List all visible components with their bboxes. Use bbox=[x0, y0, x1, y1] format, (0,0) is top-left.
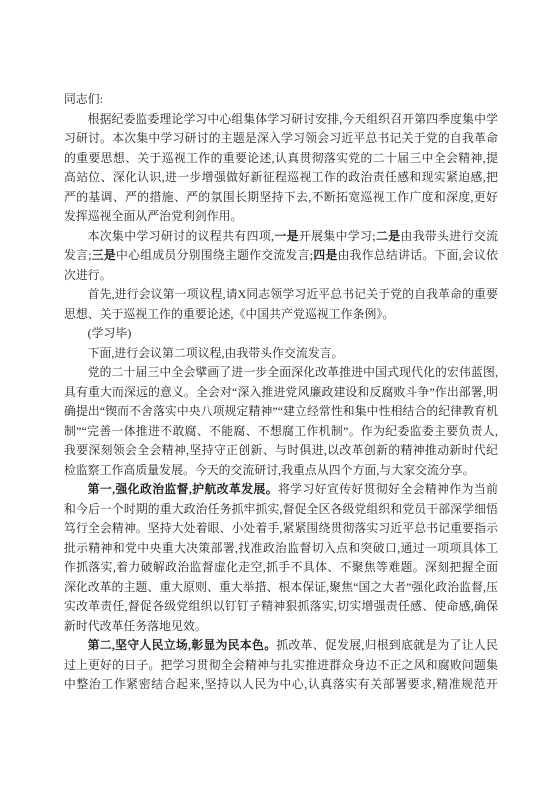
bold-text-run: 二是 bbox=[376, 229, 401, 243]
bold-text-run: 第一,强化政治监督,护航改革发展。 bbox=[88, 482, 278, 496]
bold-text-run: 四是 bbox=[313, 248, 337, 262]
text-run: 中心组成员分别围绕主题作交流发言; bbox=[116, 248, 313, 262]
bold-text-run: 一是 bbox=[274, 229, 299, 243]
document-body: 同志们:根据纪委监委理论学习中心组集体学习研讨安排,今天组织召开第四季度集中学习… bbox=[64, 90, 498, 695]
study-complete-note: (学习毕) bbox=[64, 324, 498, 344]
text-run: 开展集中学习; bbox=[299, 229, 376, 243]
point-one-paragraph: 第一,强化政治监督,护航改革发展。将学习好宣传好贯彻好全会精神作为当前和今后一个… bbox=[64, 480, 498, 636]
bold-text-run: 第二,坚守人民立场,彰显为民本色。 bbox=[88, 638, 277, 652]
text-run: 本次集中学习研讨的议程共有四项, bbox=[88, 229, 275, 243]
text-run: 党的二十届三中全会擘画了进一步全面深化改革推进中国式现代化的宏伟蓝图,具有重大而… bbox=[64, 365, 498, 477]
opening-paragraph: 根据纪委监委理论学习中心组集体学习研讨安排,今天组织召开第四季度集中学习研讨。本… bbox=[64, 110, 498, 227]
text-run: (学习毕) bbox=[88, 326, 132, 340]
bold-text-run: 三是 bbox=[92, 248, 116, 262]
document-page: 同志们:根据纪委监委理论学习中心组集体学习研讨安排,今天组织召开第四季度集中学习… bbox=[0, 0, 560, 792]
first-agenda-item-paragraph: 首先,进行会议第一项议程,请X同志领学习近平总书记关于党的自我革命的重要思想、关… bbox=[64, 285, 498, 324]
agenda-paragraph: 本次集中学习研讨的议程共有四项,一是开展集中学习;二是由我带头进行交流发言;三是… bbox=[64, 227, 498, 286]
text-run: 根据纪委监委理论学习中心组集体学习研讨安排,今天组织召开第四季度集中学习研讨。本… bbox=[64, 112, 498, 224]
text-run: 同志们: bbox=[64, 92, 103, 106]
second-agenda-item-paragraph: 下面,进行会议第二项议程,由我带头作交流发言。 bbox=[64, 344, 498, 364]
salutation: 同志们: bbox=[64, 90, 498, 110]
plenary-overview-paragraph: 党的二十届三中全会擘画了进一步全面深化改革推进中国式现代化的宏伟蓝图,具有重大而… bbox=[64, 363, 498, 480]
text-run: 首先,进行会议第一项议程,请X同志领学习近平总书记关于党的自我革命的重要思想、关… bbox=[64, 287, 498, 321]
text-run: 将学习好宣传好贯彻好全会精神作为当前和今后一个时期的重大政治任务抓牢抓实,督促全… bbox=[64, 482, 498, 633]
point-two-paragraph: 第二,坚守人民立场,彰显为民本色。抓改革、促发展,归根到底就是为了让人民过上更好… bbox=[64, 636, 498, 695]
text-run: 下面,进行会议第二项议程,由我带头作交流发言。 bbox=[88, 346, 344, 360]
